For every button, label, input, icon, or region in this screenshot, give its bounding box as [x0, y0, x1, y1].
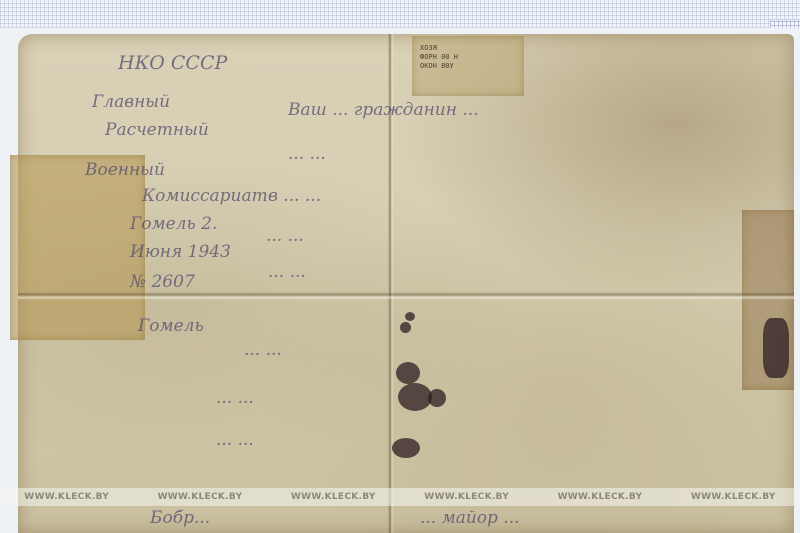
right-line-4: ... ...	[266, 226, 304, 246]
left-line-6: Июня 1943	[130, 242, 231, 262]
right-line-1: Ваш ... гражданин ...	[288, 100, 479, 120]
watermark-text: WWW.KLECK.BY	[291, 492, 376, 502]
right-line-8: ... ...	[216, 430, 254, 450]
ink-stain	[396, 362, 420, 384]
left-line-2: Расчетный	[105, 120, 209, 140]
ink-stain	[400, 322, 411, 333]
repair-tape-top: ХОЗЯФОРН 00 НОКОН 80У	[412, 36, 524, 96]
right-line-6: ... ...	[244, 340, 282, 360]
left-line-5: Гомель 2.	[130, 214, 217, 234]
ink-stain	[398, 383, 432, 411]
right-line-5: ... ...	[268, 262, 306, 282]
left-line-1: Главный	[92, 92, 170, 112]
ink-stain	[392, 438, 420, 458]
horizontal-fold-crease	[18, 292, 794, 300]
ink-stain	[428, 389, 446, 407]
left-line-3: Военный	[85, 160, 165, 180]
newsprint-fragment: ХОЗЯФОРН 00 НОКОН 80У	[420, 44, 458, 71]
watermark-band: WWW.KLECK.BY WWW.KLECK.BY WWW.KLECK.BY W…	[0, 488, 800, 506]
ink-stain	[405, 312, 415, 321]
document-header: НКО СССР	[118, 52, 227, 74]
right-line-3: в ... ...	[268, 186, 321, 206]
right-line-9: ... майор ...	[420, 508, 520, 528]
right-line-7: ... ...	[216, 388, 254, 408]
watermark-text: WWW.KLECK.BY	[424, 492, 509, 502]
dark-stain-right	[763, 318, 789, 378]
watermark-text: WWW.KLECK.BY	[558, 492, 643, 502]
watermark-text: WWW.KLECK.BY	[158, 492, 243, 502]
left-line-8: Гомель	[138, 316, 204, 336]
left-line-7: № 2607	[130, 272, 195, 292]
right-line-2: ... ...	[288, 144, 326, 164]
watermark-text: WWW.KLECK.BY	[691, 492, 776, 502]
left-line-4: Комиссариат	[142, 186, 268, 206]
repair-tape-left	[10, 155, 145, 340]
watermark-text: WWW.KLECK.BY	[24, 492, 109, 502]
signature: Бобр...	[150, 508, 210, 528]
